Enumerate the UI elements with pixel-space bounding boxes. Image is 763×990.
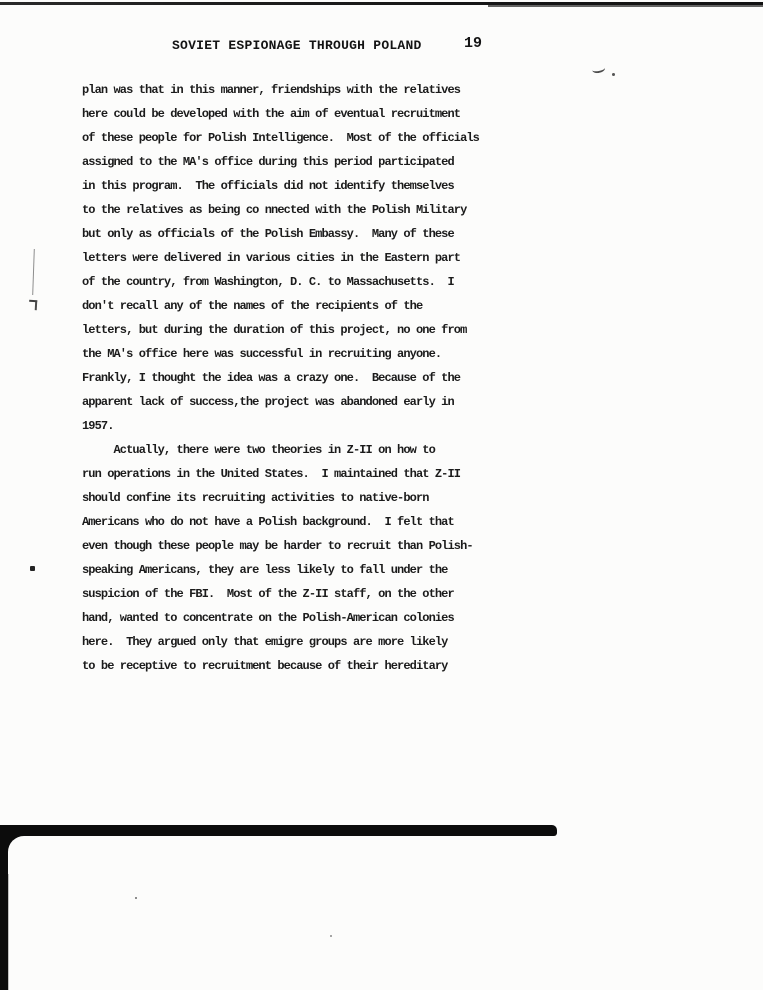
text-line: here could be developed with the aim of … <box>82 102 502 126</box>
scan-page-edge-corner-curve <box>8 836 46 874</box>
text-line: Actually, there were two theories in Z-I… <box>82 438 502 462</box>
text-line: Frankly, I thought the idea was a crazy … <box>82 366 502 390</box>
text-line: speaking Americans, they are less likely… <box>82 558 502 582</box>
scan-speckle <box>135 897 137 899</box>
text-line: suspicion of the FBI. Most of the Z-II s… <box>82 582 502 606</box>
text-line: but only as officials of the Polish Emba… <box>82 222 502 246</box>
pencil-mark-dot <box>30 566 35 571</box>
scan-page-edge-horizontal <box>0 825 557 836</box>
page-number: 19 <box>464 35 482 52</box>
text-line: hand, wanted to concentrate on the Polis… <box>82 606 502 630</box>
text-line: Americans who do not have a Polish backg… <box>82 510 502 534</box>
document-body-text: plan was that in this manner, friendship… <box>82 78 502 678</box>
text-line: of these people for Polish Intelligence.… <box>82 126 502 150</box>
text-line: run operations in the United States. I m… <box>82 462 502 486</box>
text-line: even though these people may be harder t… <box>82 534 502 558</box>
text-line: to the relatives as being co nnected wit… <box>82 198 502 222</box>
pencil-mark-hook <box>29 300 38 310</box>
page-title: SOVIET ESPIONAGE THROUGH POLAND <box>172 38 422 53</box>
text-line: of the country, from Washington, D. C. t… <box>82 270 502 294</box>
pencil-mark-line <box>32 249 35 295</box>
text-line: here. They argued only that emigre group… <box>82 630 502 654</box>
text-line: in this program. The officials did not i… <box>82 174 502 198</box>
scan-page-edge-vertical <box>0 830 8 990</box>
text-line: to be receptive to recruitment because o… <box>82 654 502 678</box>
text-line: the MA's office here was successful in r… <box>82 342 502 366</box>
text-line: letters were delivered in various cities… <box>82 246 502 270</box>
text-line: assigned to the MA's office during this … <box>82 150 502 174</box>
scan-edge-line-top-right <box>488 5 763 7</box>
scan-speckle <box>330 935 332 937</box>
text-line: 1957. <box>82 414 502 438</box>
text-line: letters, but during the duration of this… <box>82 318 502 342</box>
text-line: apparent lack of success,the project was… <box>82 390 502 414</box>
text-line: don't recall any of the names of the rec… <box>82 294 502 318</box>
pencil-squiggle <box>591 64 605 74</box>
text-line: should confine its recruiting activities… <box>82 486 502 510</box>
text-line: plan was that in this manner, friendship… <box>82 78 502 102</box>
pencil-squiggle-dot <box>612 73 615 76</box>
scanned-document-page: { "page": { "header": { "title": "SOVIET… <box>0 0 763 990</box>
